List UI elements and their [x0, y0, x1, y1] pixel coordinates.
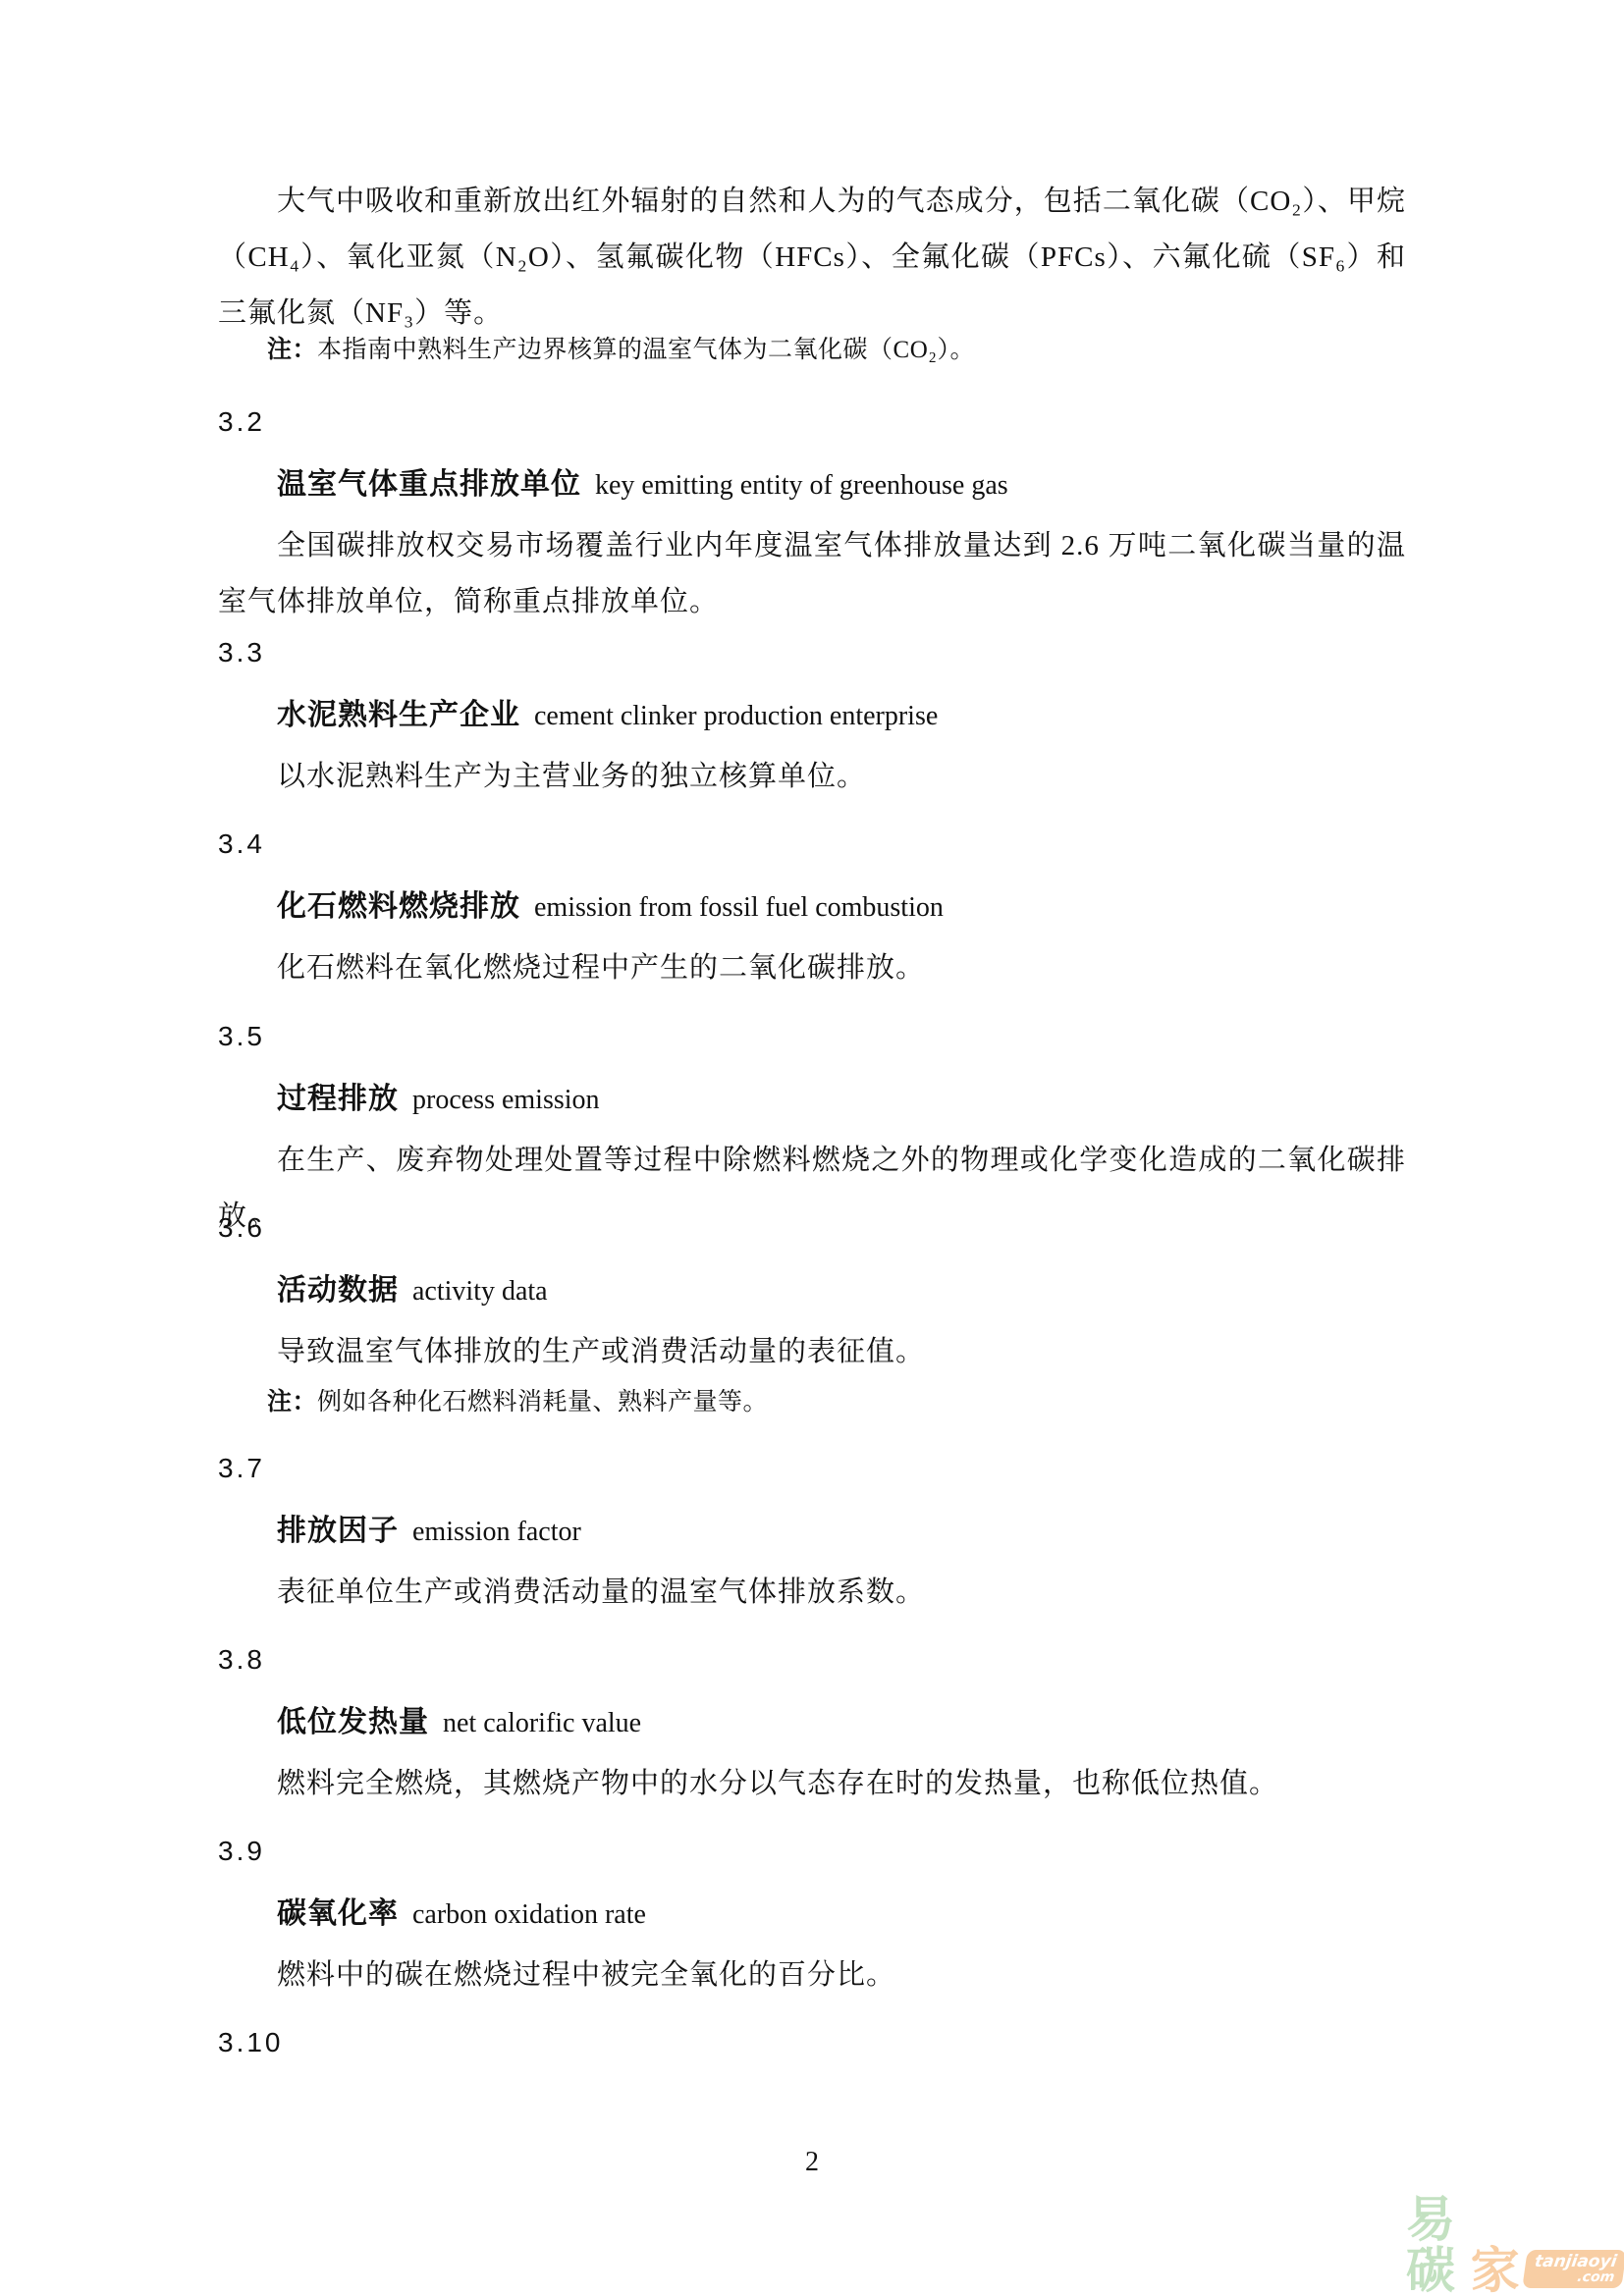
page-number: 2	[0, 2146, 1624, 2179]
note-label: 注：	[267, 1388, 317, 1415]
watermark-badge-line2: .com	[1531, 2270, 1615, 2285]
document-page: 大气中吸收和重新放出红外辐射的自然和人为的气态成分，包括二氧化碳（CO₂）、甲烷…	[0, 0, 1624, 2296]
term-cn: 排放因子	[277, 1515, 399, 1547]
note-label: 注：	[267, 336, 317, 363]
section-3-3: 3.3 水泥熟料生产企业cement clinker production en…	[218, 636, 1406, 805]
term-line: 水泥熟料生产企业cement clinker production enterp…	[277, 699, 1406, 733]
section-3-9: 3.9 碳氧化率carbon oxidation rate 燃料中的碳在燃烧过程…	[218, 1835, 1406, 2003]
term-line: 过程排放process emission	[277, 1083, 1406, 1117]
term-line: 温室气体重点排放单位key emitting entity of greenho…	[277, 468, 1406, 503]
definition: 导致温室气体排放的生产或消费活动量的表征值。	[218, 1324, 1406, 1380]
watermark-logo: 易碳 家 tanjiaoyi .com	[1406, 2228, 1624, 2296]
term-en: net calorific value	[443, 1708, 641, 1738]
section-number: 3.7	[218, 1452, 1406, 1485]
section-3-6: 3.6 活动数据activity data 导致温室气体排放的生产或消费活动量的…	[218, 1211, 1406, 1424]
section-number: 3.4	[218, 828, 1406, 861]
definition: 燃料完全燃烧，其燃烧产物中的水分以气态存在时的发热量，也称低位热值。	[218, 1756, 1406, 1812]
section-number: 3.2	[218, 405, 1406, 439]
section-number: 3.6	[218, 1211, 1406, 1245]
term-cn: 温室气体重点排放单位	[277, 468, 581, 501]
term-en: emission factor	[412, 1517, 581, 1547]
term-cn: 过程排放	[277, 1083, 399, 1115]
term-line: 活动数据activity data	[277, 1274, 1406, 1308]
note-line: 注：例如各种化石燃料消耗量、熟料产量等。	[218, 1380, 1406, 1424]
section-number: 3.3	[218, 636, 1406, 669]
term-en: carbon oxidation rate	[412, 1899, 646, 1930]
term-cn: 化石燃料燃烧排放	[277, 890, 520, 923]
term-en: cement clinker production enterprise	[534, 701, 938, 731]
term-en: activity data	[412, 1276, 548, 1307]
section-number: 3.8	[218, 1643, 1406, 1677]
definition: 燃料中的碳在燃烧过程中被完全氧化的百分比。	[218, 1948, 1406, 2003]
section-number: 3.9	[218, 1835, 1406, 1868]
section-3-10: 3.10	[218, 2026, 1406, 2089]
term-cn: 低位发热量	[277, 1706, 429, 1738]
term-en: key emitting entity of greenhouse gas	[595, 470, 1008, 501]
term-line: 排放因子emission factor	[277, 1515, 1406, 1549]
watermark-text-orange: 家	[1471, 2245, 1520, 2296]
watermark-text-green: 易碳	[1406, 2194, 1473, 2296]
section-3-7: 3.7 排放因子emission factor 表征单位生产或消费活动量的温室气…	[218, 1452, 1406, 1621]
watermark-badge-line1: tanjiaoyi	[1533, 2254, 1617, 2270]
term-cn: 活动数据	[277, 1274, 399, 1307]
definition: 表征单位生产或消费活动量的温室气体排放系数。	[218, 1565, 1406, 1621]
note-line: 注：本指南中熟料生产边界核算的温室气体为二氧化碳（CO₂）。	[218, 328, 1406, 372]
term-cn: 水泥熟料生产企业	[277, 699, 520, 731]
note-text: 例如各种化石燃料消耗量、熟料产量等。	[317, 1389, 768, 1415]
term-cn: 碳氧化率	[277, 1897, 399, 1930]
section-3-4: 3.4 化石燃料燃烧排放emission from fossil fuel co…	[218, 828, 1406, 996]
section-3-2: 3.2 温室气体重点排放单位key emitting entity of gre…	[218, 405, 1406, 630]
section-number: 3.10	[218, 2026, 1406, 2059]
term-en: emission from fossil fuel combustion	[534, 892, 944, 923]
definition: 化石燃料在氧化燃烧过程中产生的二氧化碳排放。	[218, 940, 1406, 996]
definition: 全国碳排放权交易市场覆盖行业内年度温室气体排放量达到 2.6 万吨二氧化碳当量的…	[218, 518, 1406, 630]
intro-paragraph: 大气中吸收和重新放出红外辐射的自然和人为的气态成分，包括二氧化碳（CO₂）、甲烷…	[218, 174, 1406, 342]
section-3-8: 3.8 低位发热量net calorific value 燃料完全燃烧，其燃烧产…	[218, 1643, 1406, 1812]
section-number: 3.5	[218, 1020, 1406, 1053]
intro-note-block: 注：本指南中熟料生产边界核算的温室气体为二氧化碳（CO₂）。	[218, 328, 1406, 372]
note-text: 本指南中熟料生产边界核算的温室气体为二氧化碳（CO₂）。	[317, 337, 975, 363]
term-en: process emission	[412, 1085, 600, 1115]
watermark-badge: tanjiaoyi .com	[1522, 2250, 1624, 2288]
term-line: 碳氧化率carbon oxidation rate	[277, 1897, 1406, 1932]
term-line: 低位发热量net calorific value	[277, 1706, 1406, 1740]
term-line: 化石燃料燃烧排放emission from fossil fuel combus…	[277, 890, 1406, 925]
definition: 以水泥熟料生产为主营业务的独立核算单位。	[218, 749, 1406, 805]
intro-block: 大气中吸收和重新放出红外辐射的自然和人为的气态成分，包括二氧化碳（CO₂）、甲烷…	[218, 174, 1406, 342]
